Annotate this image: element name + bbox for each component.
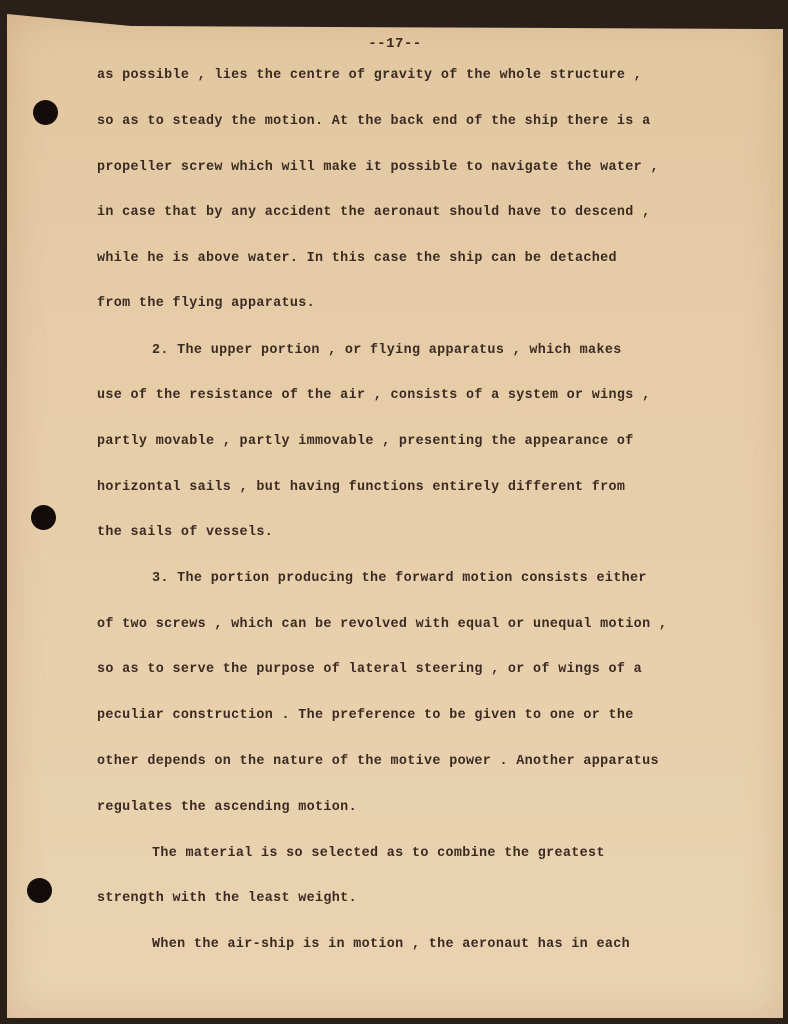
text-line: partly movable , partly immovable , pres… xyxy=(97,434,634,449)
text-line: the sails of vessels. xyxy=(97,525,273,540)
page-number: --17-- xyxy=(7,36,783,52)
text-line: strength with the least weight. xyxy=(97,891,357,906)
text-line: The material is so selected as to combin… xyxy=(152,846,605,861)
text-line: so as to steady the motion. At the back … xyxy=(97,114,650,129)
text-line: other depends on the nature of the motiv… xyxy=(97,754,659,769)
text-line: use of the resistance of the air , consi… xyxy=(97,388,650,403)
punch-hole-bottom xyxy=(27,878,52,903)
text-line: while he is above water. In this case th… xyxy=(97,251,617,266)
punch-hole-middle xyxy=(31,505,56,530)
typewritten-page: --17-- as possible , lies the centre of … xyxy=(7,14,783,1018)
text-line: so as to serve the purpose of lateral st… xyxy=(97,662,642,677)
text-line: 3. The portion producing the forward mot… xyxy=(152,571,647,586)
text-line: as possible , lies the centre of gravity… xyxy=(97,68,642,83)
text-line: 2. The upper portion , or flying apparat… xyxy=(152,343,622,358)
text-line: When the air-ship is in motion , the aer… xyxy=(152,937,630,952)
text-line: propeller screw which will make it possi… xyxy=(97,160,659,175)
text-line: peculiar construction . The preference t… xyxy=(97,708,634,723)
text-line: horizontal sails , but having functions … xyxy=(97,480,625,495)
text-line: of two screws , which can be revolved wi… xyxy=(97,617,667,632)
text-line: from the flying apparatus. xyxy=(97,296,315,311)
punch-hole-top xyxy=(33,100,58,125)
text-line: regulates the ascending motion. xyxy=(97,800,357,815)
text-line: in case that by any accident the aeronau… xyxy=(97,205,650,220)
